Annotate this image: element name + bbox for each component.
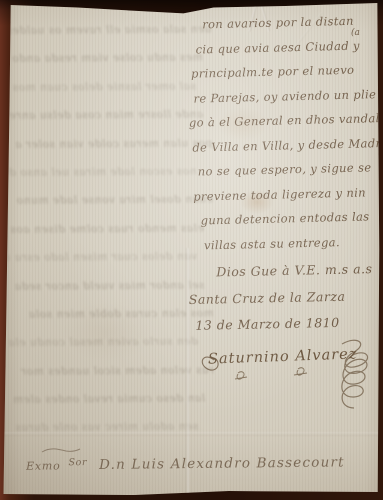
showthrough-line: cuan dosel mira vonse lade muno bbox=[8, 186, 213, 216]
margin-insertion-mark: (a bbox=[351, 28, 360, 38]
showthrough-line: nos escon lade miras uel anso dela bbox=[7, 157, 196, 187]
paper-shading bbox=[62, 302, 152, 362]
address-flourish bbox=[42, 449, 80, 452]
showthrough-line: mes andu colse viam resda ando bbox=[7, 44, 203, 74]
place-line: Santa Cruz de la Zarza bbox=[189, 282, 383, 313]
showthrough-line: sen adolu mirec vas onle duras bbox=[9, 413, 198, 443]
showthrough-line: lan deso cumia reval ondes alem bbox=[9, 384, 205, 414]
showthrough-line: sal omer lasnie delos cuan mos ale bbox=[7, 72, 196, 102]
closing-and-dateline: Dios Gue à V.E. m.s a.s Santa Cruz de la… bbox=[188, 256, 383, 340]
addressee-line: ExmoSorD.n Luis Alexandro Bassecourt bbox=[26, 451, 356, 473]
signature-paraph-mark bbox=[294, 368, 307, 375]
closing-formula-line: Dios Gue à V.E. m.s a.s bbox=[216, 256, 383, 286]
showthrough-line: ande llosre mian cosa delsu anre bbox=[7, 101, 203, 131]
addressee-name: D.n Luis Alexandro Bassecourt bbox=[99, 454, 345, 473]
photo-of-letter: uen sala osmia ell ravem os ualdes mes a… bbox=[0, 0, 383, 500]
letter-paper: uen sala osmia ell ravem os ualdes mes a… bbox=[2, 2, 380, 497]
showthrough-line: elas mendo ruas colme disen aos bbox=[8, 214, 204, 244]
addressee-honorific: Sor bbox=[68, 457, 87, 468]
date-line: 13 de Marzo de 1810 bbox=[195, 309, 383, 339]
manuscript-line: guna detencion entodas las bbox=[200, 204, 383, 233]
showthrough-line: van delos cuar misen lado esra u bbox=[8, 243, 197, 273]
addressee-salutation: Exmo bbox=[26, 459, 61, 472]
showthrough-line: uen sala osmia ell ravem os ualdes bbox=[7, 15, 212, 45]
manuscript-line: villas asta su entrega. bbox=[204, 228, 383, 257]
showthrough-line: pos ulan meras colde vian soler a bbox=[7, 129, 212, 159]
signature-name: Saturnino Alvarez bbox=[208, 346, 358, 367]
manuscript-body: ron avarios por la distan cia que avia a… bbox=[190, 9, 383, 257]
showthrough-line: sel andor mias vueld ancor seda bbox=[8, 271, 204, 301]
horizontal-fold-crease bbox=[2, 432, 380, 436]
verso-showthrough: uen sala osmia ell ravem os ualdes mes a… bbox=[7, 15, 215, 444]
signature-paraph-mark bbox=[235, 372, 247, 379]
